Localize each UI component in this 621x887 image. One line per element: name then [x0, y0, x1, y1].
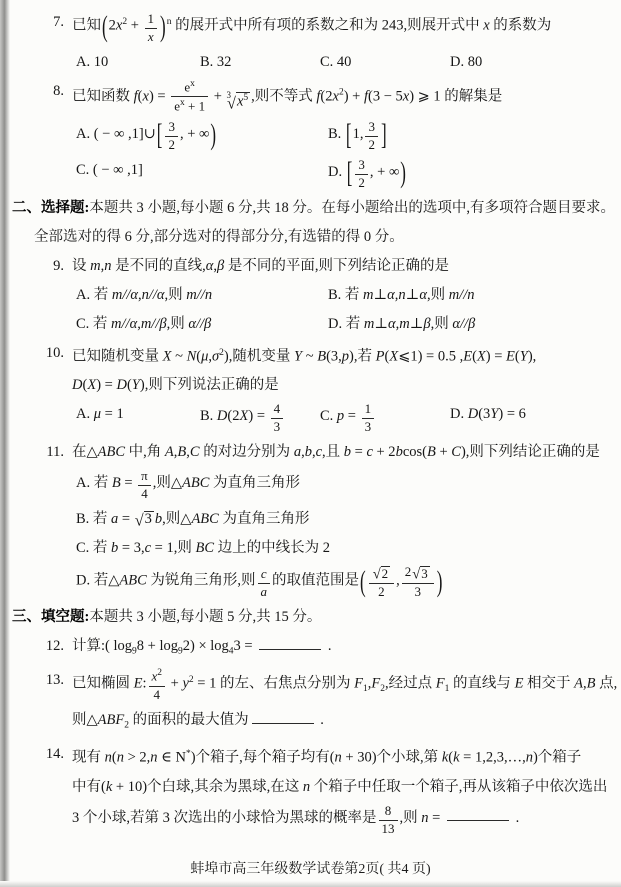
- math-variable: α//β: [188, 316, 211, 332]
- options-row: A. 若 m//α,n//α,则 m//nB. 若 m⊥α,n⊥α,则 m//n: [76, 283, 615, 307]
- math-variable: B: [177, 444, 186, 460]
- math-variable: b: [396, 444, 403, 460]
- text-run: ,则: [400, 809, 422, 825]
- option: B. 若 m⊥α,n⊥α,则 m//n: [328, 283, 615, 307]
- text-run: 的展开式中所有项的系数之和为 243,则展开式中: [171, 18, 483, 34]
- text-run: ,则: [427, 287, 449, 303]
- text-run: 3: [358, 157, 365, 172]
- radical: √2: [373, 566, 390, 581]
- text-run: (2: [320, 88, 332, 104]
- fraction: 13: [362, 402, 375, 435]
- text-run: D.: [328, 164, 346, 180]
- text-run: 为直角三角形: [209, 475, 300, 491]
- question-line: 7.已知(2x2 + 1x)n 的展开式中所有项的系数之和为 243,则展开式中…: [38, 10, 615, 45]
- text-run: 3: [421, 566, 428, 581]
- text-run: 3: [415, 584, 422, 599]
- option: C. 40: [320, 50, 450, 74]
- text-run: ,: [396, 573, 400, 589]
- math-variable: BC: [195, 540, 214, 556]
- text-run: C. 40: [320, 54, 351, 70]
- text-run: 3: [145, 511, 152, 527]
- math-variable: n: [526, 750, 533, 766]
- text-run: 3 个小球,若第 3 次选出的小球恰为黑球的概率是: [72, 809, 377, 825]
- math-variable: μ: [94, 406, 101, 422]
- text-run: 相交于: [523, 676, 574, 692]
- text-run: ⊥: [374, 287, 388, 303]
- text-run: 1: [148, 11, 155, 26]
- text-run: 3: [365, 419, 372, 434]
- fraction: 32: [365, 120, 378, 153]
- numerator: √2: [369, 565, 394, 583]
- text-run: =: [429, 809, 444, 825]
- question-number: 10.: [38, 341, 64, 369]
- text-run: (3 − 5: [368, 88, 403, 104]
- math-variable: m//n: [186, 287, 212, 303]
- math-variable: m: [364, 316, 374, 332]
- math-variable: n: [105, 750, 112, 766]
- options-row: A. 10B. 32C. 40D. 80: [76, 50, 615, 74]
- radical: 3√x5: [227, 87, 251, 111]
- text-run: 2: [382, 566, 389, 581]
- text-run: =: [121, 475, 136, 491]
- option: D. 80: [450, 50, 615, 74]
- math-variable: m//β: [141, 316, 167, 332]
- text-run: A. 10: [76, 54, 108, 70]
- option: B. D(2X) = 43: [200, 402, 320, 435]
- text-run: A. 若: [76, 475, 112, 491]
- question-text-continuation: 中有(k + 10)个白球,其余为黑球,在这 n 个箱子中任取一个箱子,再从该箱…: [72, 775, 615, 799]
- math-variable: α//β: [452, 316, 475, 332]
- text-run: ),随机变量: [224, 348, 294, 364]
- text-run: 为锐角三角形,则: [147, 573, 256, 589]
- math-variable: D: [217, 408, 227, 424]
- fraction: 32: [165, 120, 178, 153]
- text-run: ) = 6: [498, 406, 526, 422]
- stretched-delimiter: (: [101, 6, 109, 48]
- option: D. D(3Y) = 6: [450, 402, 615, 435]
- radical: √3: [135, 511, 154, 528]
- math-variable: n: [398, 287, 405, 303]
- math-variable: D: [72, 377, 82, 393]
- denominator: 2: [369, 583, 394, 600]
- math-variable: m: [90, 258, 100, 274]
- page-footer: 蚌埠市高三年级数学试卷第2页( 共4 页): [0, 858, 621, 878]
- superscript: x: [190, 79, 195, 89]
- text-run: .: [317, 712, 324, 728]
- text-run: )个箱子,每个箱子均有(: [191, 750, 335, 766]
- denominator: 4: [138, 485, 151, 502]
- radicand: 2: [381, 566, 391, 581]
- math-variable: n: [117, 750, 124, 766]
- denominator: 3: [271, 418, 284, 435]
- math-variable: β: [423, 316, 430, 332]
- question-text: 设 m,n 是不同的直线,α,β 是不同的平面,则下列结论正确的是: [72, 254, 449, 278]
- text-run: 已知函数: [72, 88, 134, 104]
- text-run: 全部选对的得 6 分,部分选对的得部分分,有选错的得 0 分。: [34, 229, 404, 245]
- text-run: 4: [274, 401, 281, 416]
- math-variable: m: [363, 287, 373, 303]
- stretched-delimiter: ]: [380, 114, 388, 156]
- stretched-delimiter: ): [159, 6, 167, 48]
- question-line: 14.现有 n(n > 2,n ∈ N*)个箱子,每个箱子均有(n + 30)个…: [38, 742, 615, 770]
- text-run: 的取值范围是: [272, 573, 359, 589]
- denominator: 13: [379, 820, 398, 837]
- math-variable: Y: [132, 377, 140, 393]
- text-run: 个箱子中任取一个箱子,再从该箱子中依次选出: [310, 779, 607, 795]
- math-variable: B: [112, 475, 121, 491]
- option: C. 若 m//α,m//β,则 α//β: [76, 312, 328, 336]
- text-run: 8 + log: [137, 638, 178, 654]
- text-run: ∈ N: [158, 750, 186, 766]
- scan-bottom-edge: [0, 881, 621, 887]
- question-number: 11.: [38, 440, 64, 464]
- stretched-delimiter: [: [156, 114, 164, 156]
- option: B. 32: [200, 50, 320, 74]
- text-run: B.: [200, 408, 217, 424]
- text-run: 在△: [72, 444, 98, 460]
- text-run: C. ( − ∞ ,1]: [76, 162, 143, 178]
- fraction: 43: [271, 402, 284, 435]
- stretched-delimiter: [: [345, 114, 353, 156]
- text-run: + 1: [185, 99, 205, 114]
- text-run: =: [118, 511, 133, 527]
- text-run: 的直线与: [449, 676, 514, 692]
- text-run: (3: [478, 406, 490, 422]
- text-run: 8: [385, 803, 392, 818]
- text-run: D.: [450, 406, 468, 422]
- stretched-delimiter: ): [399, 152, 407, 194]
- math-variable: b: [305, 444, 312, 460]
- text-run: = 1,则: [151, 540, 195, 556]
- text-run: (2: [227, 408, 239, 424]
- text-run: C. 若: [76, 316, 111, 332]
- math-variable: A: [574, 676, 583, 692]
- text-run: ,则: [431, 316, 453, 332]
- question-text-continuation: D(X) = D(Y),则下列说法正确的是: [72, 373, 615, 397]
- text-run: , + ∞: [180, 126, 209, 142]
- text-run: = 1: [101, 406, 124, 422]
- question-text: 现有 n(n > 2,n ∈ N*)个箱子,每个箱子均有(n + 30)个小球,…: [72, 742, 581, 770]
- text-run: 的对边分别为: [200, 444, 294, 460]
- text-run: :: [142, 676, 146, 692]
- text-run: ) =: [486, 348, 506, 364]
- math-variable: α: [419, 287, 427, 303]
- math-variable: F: [436, 676, 445, 692]
- math-variable: X: [87, 377, 96, 393]
- text-run: 2: [109, 18, 116, 34]
- text-run: ) +: [344, 88, 364, 104]
- text-run: > 2,: [124, 750, 150, 766]
- question-text: 在△ABC 中,角 A,B,C 的对边分别为 a,b,c,且 b = c + 2…: [72, 440, 600, 464]
- radical: √3: [412, 566, 429, 581]
- math-variable: ABC: [119, 573, 146, 589]
- text-run: +: [210, 88, 225, 104]
- question-line: 9.设 m,n 是不同的直线,α,β 是不同的平面,则下列结论正确的是: [38, 254, 615, 278]
- text-run: + 10)个白球,其余为黑球,在这: [112, 779, 303, 795]
- fraction: 813: [379, 804, 398, 837]
- text-run: .: [512, 809, 519, 825]
- text-run: ⩽1) = 0.5 ,: [398, 348, 463, 364]
- text-run: ),若: [349, 348, 376, 364]
- question-number: 14.: [38, 742, 64, 770]
- math-variable: C: [190, 444, 200, 460]
- math-variable: m: [399, 316, 409, 332]
- answer-blank: [252, 709, 314, 724]
- radicand: 3: [144, 511, 154, 528]
- math-variable: α: [388, 316, 396, 332]
- denominator: 4: [149, 686, 166, 703]
- text-run: ),: [528, 348, 536, 364]
- math-variable: ABC: [182, 475, 209, 491]
- math-variable: B: [317, 348, 326, 364]
- superscript: 5: [243, 93, 248, 103]
- section-title: 三、填空题:: [12, 609, 89, 625]
- math-variable: c: [261, 566, 267, 581]
- question-line: 12.计算:( log98 + log92) × log43 = .: [38, 634, 615, 663]
- text-run: 3: [274, 419, 281, 434]
- option: D. [32, + ∞): [328, 158, 615, 191]
- text-run: ,则△: [153, 475, 182, 491]
- question-line: 8.已知函数 f(x) = exex + 1 + 3√x5,则不等式 f(2x2…: [38, 79, 615, 115]
- text-run: =: [351, 444, 366, 460]
- math-variable: n//α: [142, 287, 165, 303]
- text-run: A. 若: [76, 287, 112, 303]
- math-variable: ABC: [98, 444, 125, 460]
- answer-blank: [447, 807, 509, 822]
- text-run: D. 若: [328, 316, 364, 332]
- numerator: 4: [271, 402, 284, 418]
- question-line: 10.已知随机变量 X ~ N(μ,σ2),随机变量 Y ~ B(3,p),若 …: [38, 341, 615, 369]
- option: A. 10: [76, 50, 200, 74]
- math-variable: E: [506, 348, 515, 364]
- math-variable: m//n: [449, 287, 475, 303]
- text-run: 的系数为: [490, 18, 552, 34]
- text-run: B. 若: [328, 287, 363, 303]
- math-variable: E: [463, 348, 472, 364]
- math-variable: N: [187, 348, 197, 364]
- options-row: C. 若 m//α,m//β,则 α//βD. 若 m⊥α,m⊥β,则 α//β: [76, 312, 615, 336]
- math-variable: x: [148, 29, 154, 44]
- question-text: 已知椭圆 E:x24 + y2 = 1 的左、右焦点分别为 F1,F2,经过点 …: [72, 668, 617, 703]
- text-run: 是不同的平面,则下列结论正确的是: [224, 258, 449, 274]
- text-run: 4: [154, 687, 161, 702]
- question-text: 已知(2x2 + 1x)n 的展开式中所有项的系数之和为 243,则展开式中 x…: [72, 10, 551, 45]
- denominator: 2: [165, 136, 178, 153]
- text-run: ⊥: [374, 316, 388, 332]
- math-variable: n: [335, 750, 342, 766]
- numerator: 3: [365, 120, 378, 136]
- options-row: A. μ = 1B. D(2X) = 43C. p = 13D. D(3Y) =…: [76, 402, 615, 435]
- text-run: = 1 的左、右焦点分别为: [194, 676, 354, 692]
- text-run: C. 若: [76, 540, 111, 556]
- text-run: 3 =: [234, 638, 257, 654]
- text-run: , + ∞: [370, 164, 399, 180]
- text-run: ,则: [167, 316, 189, 332]
- text-run: 本题共 3 小题,每小题 6 分,共 18 分。在每小题给出的选项中,有多项符合…: [89, 200, 615, 216]
- math-variable: A: [165, 444, 174, 460]
- math-variable: F: [354, 676, 363, 692]
- radical-sign: √: [227, 95, 236, 111]
- text-run: 13: [382, 821, 395, 836]
- stretched-delimiter: ): [436, 561, 444, 603]
- denominator: 3: [402, 583, 434, 600]
- answer-blank: [259, 635, 321, 650]
- fraction: ca: [258, 567, 271, 600]
- text-run: ),则下列说法正确的是: [140, 377, 279, 393]
- option: C. ( − ∞ ,1]: [76, 158, 328, 191]
- exam-page: 7.已知(2x2 + 1x)n 的展开式中所有项的系数之和为 243,则展开式中…: [0, 0, 621, 887]
- math-variable: α: [387, 287, 395, 303]
- numerator: π: [138, 469, 151, 485]
- numerator: 1: [145, 12, 158, 28]
- option: A. ( − ∞ ,1]∪[32, + ∞): [76, 120, 328, 153]
- option-line: D. 若△ABC 为锐角三角形,则ca的取值范围是(√22,2√33): [76, 565, 615, 600]
- math-variable: m//α: [112, 287, 138, 303]
- question-number: 8.: [38, 79, 64, 115]
- numerator: x2: [149, 668, 166, 686]
- text-run: 是不同的直线,: [111, 258, 205, 274]
- stretched-delimiter: ): [209, 114, 217, 156]
- text-run: 2: [405, 564, 412, 579]
- math-variable: C: [451, 444, 461, 460]
- text-run: 已知: [72, 18, 101, 34]
- options-row: C. ( − ∞ ,1]D. [32, + ∞): [76, 158, 615, 191]
- text-run: 已知随机变量: [72, 348, 163, 364]
- fraction: x24: [149, 668, 166, 703]
- question-line: 13.已知椭圆 E:x24 + y2 = 1 的左、右焦点分别为 F1,F2,经…: [38, 668, 615, 703]
- text-run: = 3,: [118, 540, 144, 556]
- option: B. [1,32]: [328, 120, 615, 153]
- numerator: 3: [165, 120, 178, 136]
- question-text-continuation: 3 个小球,若第 3 次选出的小球恰为黑球的概率是813,则 n = .: [72, 804, 615, 837]
- radicand: 3: [420, 566, 430, 581]
- option: D. 若 m⊥α,m⊥β,则 α//β: [328, 312, 615, 336]
- fraction: exex + 1: [171, 79, 208, 115]
- text-run: 2: [378, 584, 385, 599]
- math-variable: ABF: [98, 712, 125, 728]
- text-run: +: [167, 676, 182, 692]
- section-header: 三、填空题:本题共 3 小题,每小题 5 分,共 15 分。: [12, 605, 615, 629]
- option: A. μ = 1: [76, 402, 200, 435]
- text-run: 2) × log: [183, 638, 229, 654]
- radical-sign: √: [135, 513, 144, 529]
- math-variable: X: [477, 348, 486, 364]
- text-run: (3,: [326, 348, 342, 364]
- math-variable: B: [587, 676, 596, 692]
- numerator: c: [258, 567, 271, 583]
- text-run: ⊥: [410, 316, 424, 332]
- text-run: 中有(: [72, 779, 106, 795]
- question-number: 9.: [38, 254, 64, 278]
- fraction: π4: [138, 469, 151, 502]
- text-run: 2: [168, 137, 175, 152]
- fraction: √22: [369, 565, 394, 600]
- math-variable: b: [344, 444, 351, 460]
- text-run: ),则下列结论正确的是: [461, 444, 600, 460]
- text-run: ,经过点: [385, 676, 436, 692]
- text-run: )个箱子: [533, 750, 581, 766]
- text-run: 点,: [596, 676, 618, 692]
- numerator: 1: [362, 402, 375, 418]
- text-run: 设: [72, 258, 90, 274]
- text-run: = 1,2,3,…,: [460, 750, 526, 766]
- text-run: ,则: [165, 287, 187, 303]
- text-run: 1,: [353, 126, 364, 142]
- text-run: 本题共 3 小题,每小题 5 分,共 15 分。: [89, 609, 321, 625]
- text-run: ) =: [96, 377, 116, 393]
- math-variable: B: [427, 444, 436, 460]
- text-run: cos(: [403, 444, 427, 460]
- math-variable: D: [116, 377, 126, 393]
- text-run: ) =: [149, 88, 169, 104]
- question-text-continuation: 则△ABF2 的面积的最大值为 .: [72, 708, 615, 737]
- question-number: 7.: [38, 10, 64, 45]
- question-text: 计算:( log98 + log92) × log43 = .: [72, 634, 331, 663]
- text-run: 已知椭圆: [72, 676, 134, 692]
- numerator: 3: [355, 158, 368, 174]
- math-variable: m//α: [111, 316, 137, 332]
- text-run: ⊥: [406, 287, 420, 303]
- text-run: 2: [368, 137, 375, 152]
- denominator: ex + 1: [171, 96, 208, 115]
- text-run: =: [344, 408, 359, 424]
- stretched-delimiter: (: [359, 561, 367, 603]
- text-run: 2: [358, 175, 365, 190]
- fraction: 1x: [145, 12, 158, 45]
- text-run: C.: [320, 408, 337, 424]
- math-variable: n: [421, 809, 428, 825]
- question-text: 已知函数 f(x) = exex + 1 + 3√x5,则不等式 f(2x2) …: [72, 79, 502, 115]
- section-header-continuation: 全部选对的得 6 分,部分选对的得部分分,有选错的得 0 分。: [34, 225, 615, 249]
- option-line: B. 若 a = √3b,则△ABC 为直角三角形: [76, 507, 615, 531]
- text-run: ) ⩾ 1 的解集是: [409, 88, 502, 104]
- section-header: 二、选择题:本题共 3 小题,每小题 6 分,共 18 分。在每小题给出的选项中…: [12, 196, 615, 220]
- fraction: 32: [355, 158, 368, 191]
- radical-sign: √: [373, 568, 381, 583]
- text-run: 边上的中线长为 2: [214, 540, 330, 556]
- text-run: 为直角三角形: [219, 511, 310, 527]
- math-variable: a: [294, 444, 301, 460]
- question-text: 已知随机变量 X ~ N(μ,σ2),随机变量 Y ~ B(3,p),若 P(X…: [72, 341, 536, 369]
- text-run: 3: [368, 119, 375, 134]
- options-row: A. ( − ∞ ,1]∪[32, + ∞)B. [1,32]: [76, 120, 615, 153]
- text-run: ,且: [322, 444, 344, 460]
- option-line: A. 若 B = π4,则△ABC 为直角三角形: [76, 469, 615, 502]
- text-run: D. 80: [450, 54, 482, 70]
- text-run: ,则不等式: [251, 88, 316, 104]
- denominator: 3: [362, 418, 375, 435]
- text-run: + 30)个小球,第: [342, 750, 442, 766]
- denominator: a: [258, 583, 271, 600]
- footer-text: 蚌埠市高三年级数学试卷第2页( 共4 页): [190, 862, 430, 877]
- math-variable: X: [389, 348, 398, 364]
- text-run: B. 32: [200, 54, 231, 70]
- fraction: 2√33: [402, 565, 434, 600]
- radicand: x5: [236, 92, 250, 111]
- section-title: 二、选择题:: [12, 200, 89, 216]
- scan-gutter-shadow: [0, 0, 10, 887]
- text-run: 计算:( log: [72, 638, 132, 654]
- math-variable: F: [371, 676, 380, 692]
- denominator: x: [145, 28, 158, 45]
- text-run: A.: [76, 406, 94, 422]
- math-variable: Y: [294, 348, 302, 364]
- superscript: 2: [157, 668, 162, 678]
- math-variable: a: [261, 584, 268, 599]
- numerator: 2√3: [402, 565, 434, 583]
- exam-content: 7.已知(2x2 + 1x)n 的展开式中所有项的系数之和为 243,则展开式中…: [10, 10, 615, 841]
- denominator: 2: [365, 136, 378, 153]
